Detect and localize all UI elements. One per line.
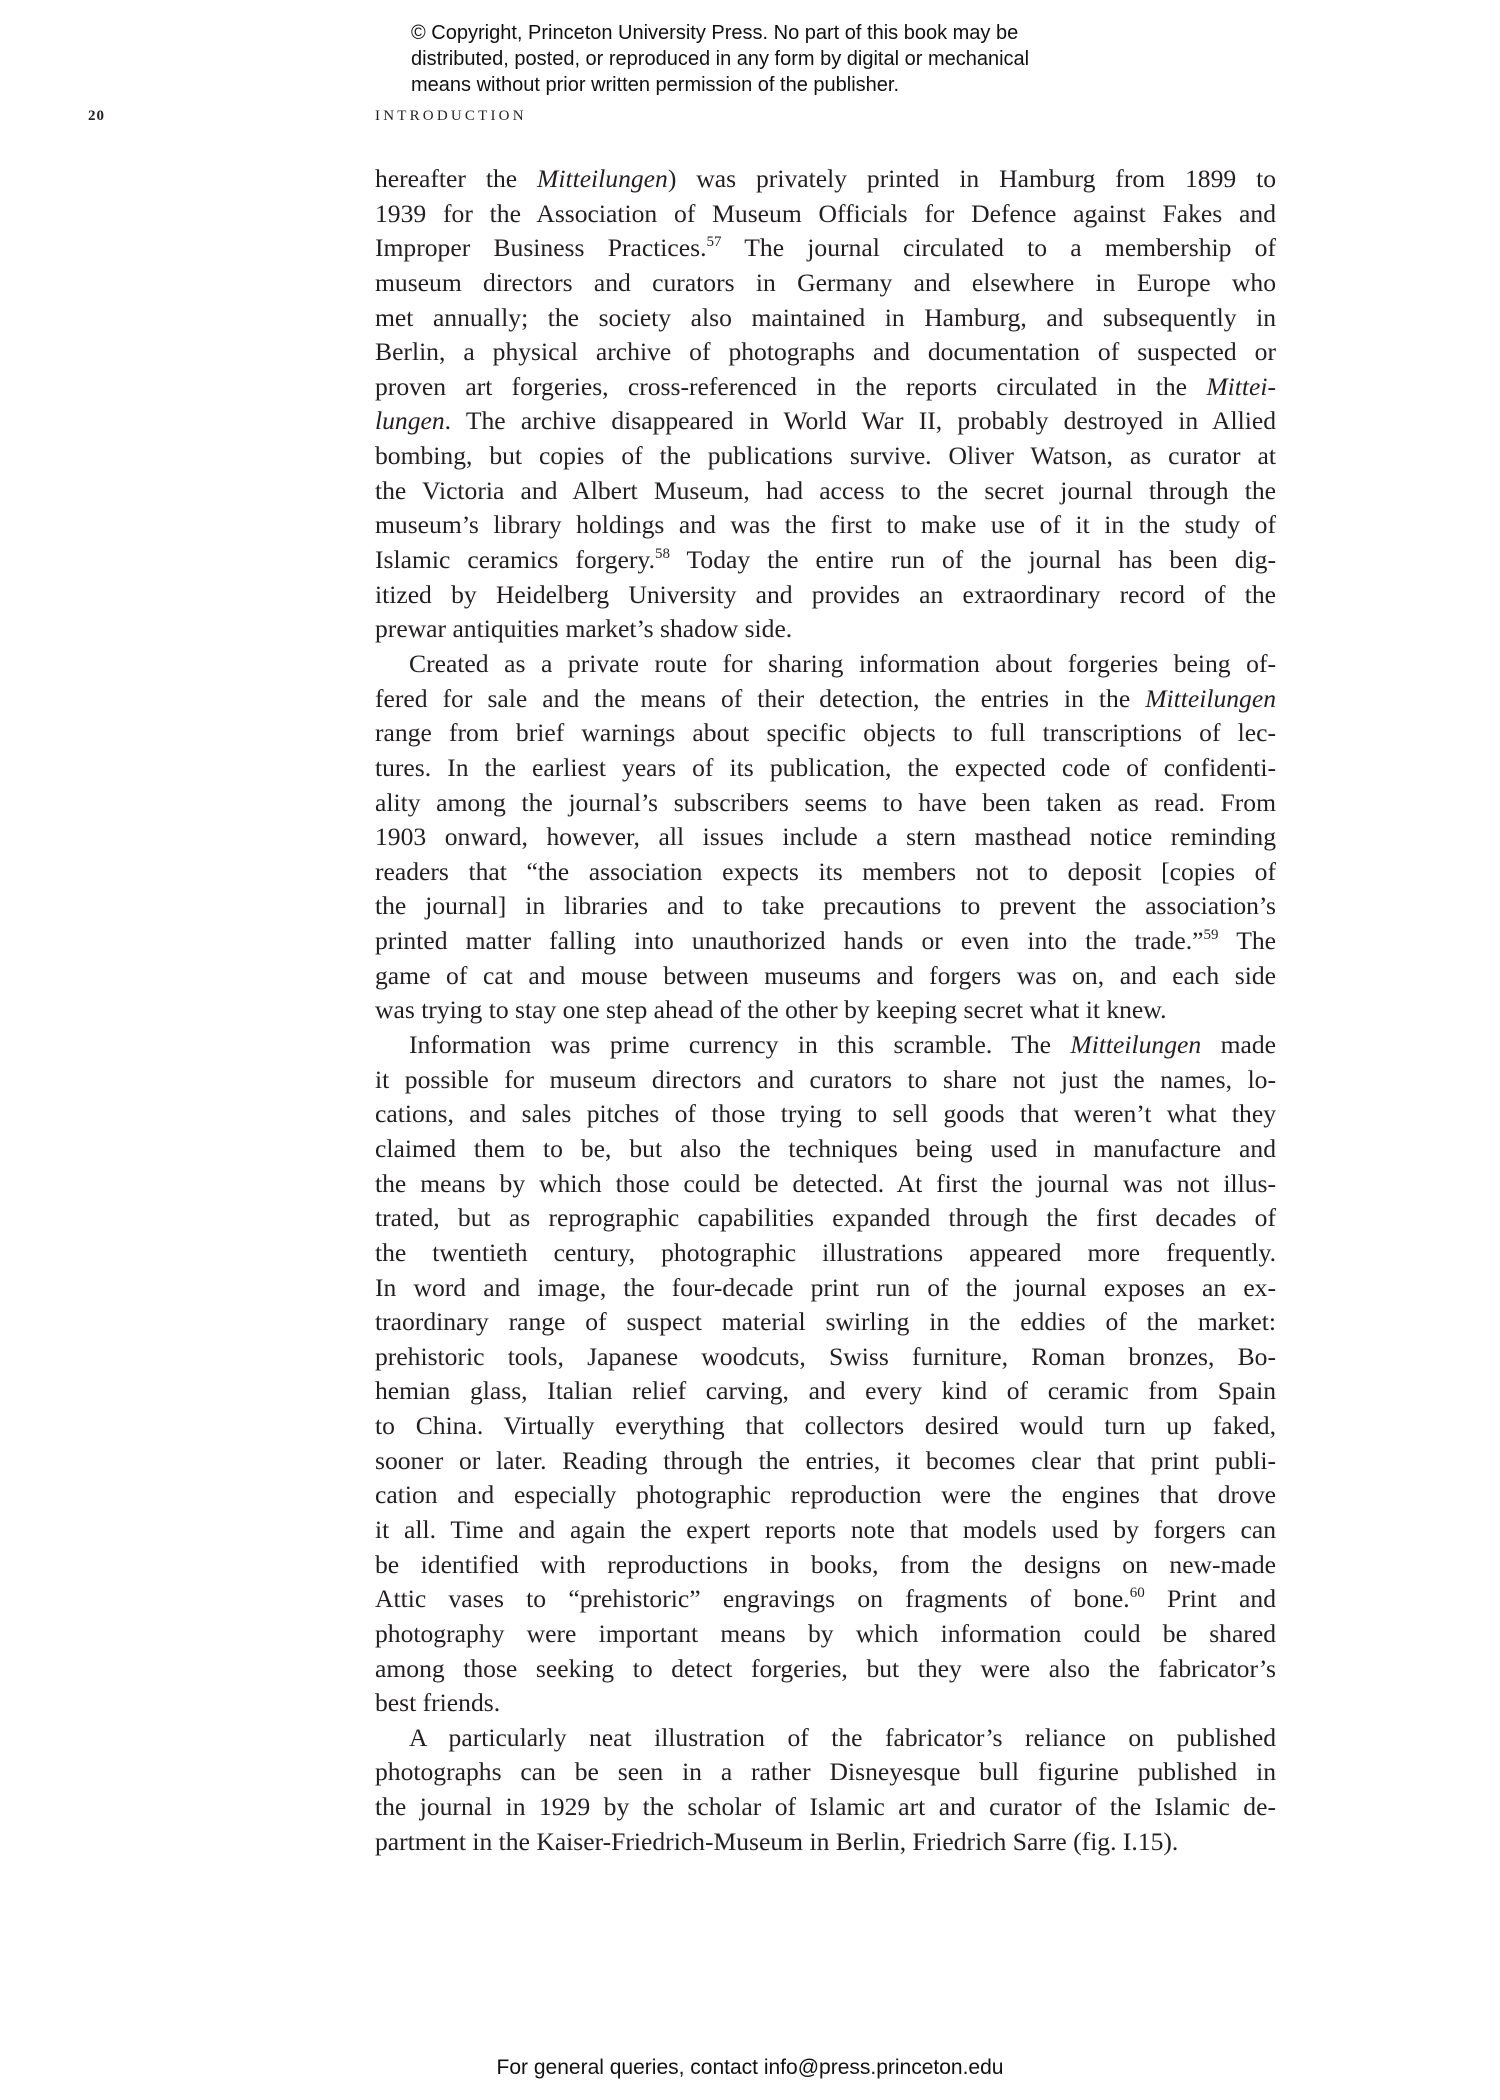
text-run: the journal] in libraries and to take pr… — [375, 891, 1276, 920]
text-run: Attic vases to “prehistoric” engravings … — [375, 1584, 1130, 1613]
text-run: the twentieth century, photographic illu… — [375, 1238, 1276, 1267]
text-run: the means by which those could be detect… — [375, 1169, 1276, 1198]
text-line: 1903 onward, however, all issues include… — [375, 820, 1276, 855]
text-line: readers that “the association expects it… — [375, 855, 1276, 890]
text-line: be identified with reproductions in book… — [375, 1548, 1276, 1583]
italic-title: lungen — [375, 406, 445, 435]
text-line: museum directors and curators in Germany… — [375, 266, 1276, 301]
text-run: Islamic ceramics forgery. — [375, 545, 655, 574]
text-line: itized by Heidelberg University and prov… — [375, 578, 1276, 613]
running-head: INTRODUCTION — [375, 108, 527, 125]
text-run: The journal circulated to a membership o… — [722, 233, 1277, 262]
text-run: cations, and sales pitches of those tryi… — [375, 1099, 1276, 1128]
text-run: photography were important means by whic… — [375, 1619, 1276, 1648]
text-line: cation and especially photographic repro… — [375, 1478, 1276, 1513]
paragraph: Created as a private route for sharing i… — [375, 647, 1276, 1028]
copyright-notice: © Copyright, Princeton University Press.… — [411, 20, 1131, 98]
text-line: prehistoric tools, Japanese woodcuts, Sw… — [375, 1340, 1276, 1375]
text-run: among those seeking to detect forgeries,… — [375, 1654, 1276, 1683]
text-line: cations, and sales pitches of those tryi… — [375, 1097, 1276, 1132]
text-run: museum’s library holdings and was the fi… — [375, 510, 1276, 539]
text-line: printed matter falling into unauthorized… — [375, 924, 1276, 959]
text-line: the twentieth century, photographic illu… — [375, 1236, 1276, 1271]
text-line: museum’s library holdings and was the fi… — [375, 508, 1276, 543]
text-run: photographs can be seen in a rather Disn… — [375, 1757, 1276, 1786]
text-line: fered for sale and the means of their de… — [375, 682, 1276, 717]
text-run: tures. In the earliest years of its publ… — [375, 753, 1276, 782]
text-line: hereafter the Mitteilungen) was privatel… — [375, 162, 1276, 197]
text-run: the journal in 1929 by the scholar of Is… — [375, 1792, 1276, 1821]
text-run: itized by Heidelberg University and prov… — [375, 580, 1276, 609]
text-line: proven art forgeries, cross-referenced i… — [375, 370, 1276, 405]
text-line: lungen. The archive disappeared in World… — [375, 404, 1276, 439]
text-line: it all. Time and again the expert report… — [375, 1513, 1276, 1548]
text-run: prewar antiquities market’s shadow side. — [375, 614, 792, 643]
text-line: sooner or later. Reading through the ent… — [375, 1444, 1276, 1479]
paragraph: A particularly neat illustration of the … — [375, 1721, 1276, 1860]
text-line: tures. In the earliest years of its publ… — [375, 751, 1276, 786]
italic-title: Mitteilungen — [1070, 1030, 1201, 1059]
text-line: photography were important means by whic… — [375, 1617, 1276, 1652]
text-line: Information was prime currency in this s… — [375, 1028, 1276, 1063]
italic-title: Mittei- — [1206, 372, 1276, 401]
text-line: Attic vases to “prehistoric” engravings … — [375, 1582, 1276, 1617]
text-run: printed matter falling into unauthorized… — [375, 926, 1204, 955]
text-line: claimed them to be, but also the techniq… — [375, 1132, 1276, 1167]
text-line: game of cat and mouse between museums an… — [375, 959, 1276, 994]
footer-contact: For general queries, contact info@press.… — [0, 2056, 1500, 2080]
text-run: Created as a private route for sharing i… — [409, 649, 1276, 678]
text-line: trated, but as reprographic capabilities… — [375, 1201, 1276, 1236]
text-run: Print and — [1145, 1584, 1276, 1613]
paragraph: Information was prime currency in this s… — [375, 1028, 1276, 1721]
text-run: A particularly neat illustration of the … — [409, 1723, 1276, 1752]
text-line: met annually; the society also maintaine… — [375, 301, 1276, 336]
text-run: best friends. — [375, 1688, 500, 1717]
italic-title: Mitteilungen — [537, 164, 668, 193]
text-line: ality among the journal’s subscribers se… — [375, 786, 1276, 821]
copyright-line: © Copyright, Princeton University Press.… — [411, 20, 1131, 46]
text-line: bombing, but copies of the publications … — [375, 439, 1276, 474]
text-line: prewar antiquities market’s shadow side. — [375, 612, 1276, 647]
text-run: prehistoric tools, Japanese woodcuts, Sw… — [375, 1342, 1276, 1371]
footnote-reference: 59 — [1204, 927, 1219, 943]
copyright-line: means without prior written permission o… — [411, 72, 1131, 98]
text-line: photographs can be seen in a rather Disn… — [375, 1755, 1276, 1790]
paragraph: hereafter the Mitteilungen) was privatel… — [375, 162, 1276, 647]
text-run: the Victoria and Albert Museum, had acce… — [375, 476, 1276, 505]
text-run: it possible for museum directors and cur… — [375, 1065, 1276, 1094]
text-line: to China. Virtually everything that coll… — [375, 1409, 1276, 1444]
text-run: to China. Virtually everything that coll… — [375, 1411, 1276, 1440]
text-run: hemian glass, Italian relief carving, an… — [375, 1376, 1276, 1405]
text-run: fered for sale and the means of their de… — [375, 684, 1145, 713]
text-line: Created as a private route for sharing i… — [375, 647, 1276, 682]
text-line: it possible for museum directors and cur… — [375, 1063, 1276, 1098]
text-line: Berlin, a physical archive of photograph… — [375, 335, 1276, 370]
text-line: range from brief warnings about specific… — [375, 716, 1276, 751]
text-run: it all. Time and again the expert report… — [375, 1515, 1276, 1544]
text-line: the journal in 1929 by the scholar of Is… — [375, 1790, 1276, 1825]
text-run: . The archive disappeared in World War I… — [445, 406, 1276, 435]
text-line: 1939 for the Association of Museum Offic… — [375, 197, 1276, 232]
text-run: sooner or later. Reading through the ent… — [375, 1446, 1276, 1475]
text-run: museum directors and curators in Germany… — [375, 268, 1276, 297]
text-run: made — [1201, 1030, 1276, 1059]
italic-title: Mitteilungen — [1145, 684, 1276, 713]
text-line: the Victoria and Albert Museum, had acce… — [375, 474, 1276, 509]
text-run: The — [1219, 926, 1276, 955]
text-run: traordinary range of suspect material sw… — [375, 1307, 1276, 1336]
text-run: trated, but as reprographic capabilities… — [375, 1203, 1276, 1232]
text-run: 1939 for the Association of Museum Offic… — [375, 199, 1276, 228]
text-line: was trying to stay one step ahead of the… — [375, 993, 1276, 1028]
text-run: cation and especially photographic repro… — [375, 1480, 1276, 1509]
text-run: claimed them to be, but also the techniq… — [375, 1134, 1276, 1163]
text-run: proven art forgeries, cross-referenced i… — [375, 372, 1206, 401]
text-run: bombing, but copies of the publications … — [375, 441, 1276, 470]
footnote-reference: 60 — [1130, 1585, 1145, 1601]
footnote-reference: 58 — [655, 546, 670, 562]
text-line: best friends. — [375, 1686, 1276, 1721]
text-run: Berlin, a physical archive of photograph… — [375, 337, 1276, 366]
text-line: the journal] in libraries and to take pr… — [375, 889, 1276, 924]
text-line: traordinary range of suspect material sw… — [375, 1305, 1276, 1340]
text-run: game of cat and mouse between museums an… — [375, 961, 1276, 990]
text-line: hemian glass, Italian relief carving, an… — [375, 1374, 1276, 1409]
text-run: In word and image, the four-decade print… — [375, 1273, 1276, 1302]
text-run: readers that “the association expects it… — [375, 857, 1276, 886]
text-run: ality among the journal’s subscribers se… — [375, 788, 1276, 817]
text-run: 1903 onward, however, all issues include… — [375, 822, 1276, 851]
page-number: 20 — [88, 108, 105, 125]
text-run: Information was prime currency in this s… — [409, 1030, 1070, 1059]
text-run: ) was privately printed in Hamburg from … — [668, 164, 1276, 193]
text-run: Improper Business Practices. — [375, 233, 707, 262]
text-line: among those seeking to detect forgeries,… — [375, 1652, 1276, 1687]
text-line: Islamic ceramics forgery.58 Today the en… — [375, 543, 1276, 578]
footnote-reference: 57 — [707, 234, 722, 250]
text-line: In word and image, the four-decade print… — [375, 1271, 1276, 1306]
copyright-line: distributed, posted, or reproduced in an… — [411, 46, 1131, 72]
text-run: be identified with reproductions in book… — [375, 1550, 1276, 1579]
text-run: was trying to stay one step ahead of the… — [375, 995, 1167, 1024]
body-text: hereafter the Mitteilungen) was privatel… — [375, 162, 1276, 1859]
text-run: partment in the Kaiser-Friedrich-Museum … — [375, 1827, 1178, 1856]
text-line: A particularly neat illustration of the … — [375, 1721, 1276, 1756]
text-run: Today the entire run of the journal has … — [670, 545, 1276, 574]
text-line: the means by which those could be detect… — [375, 1167, 1276, 1202]
text-line: Improper Business Practices.57 The journ… — [375, 231, 1276, 266]
text-run: hereafter the — [375, 164, 537, 193]
text-run: met annually; the society also maintaine… — [375, 303, 1276, 332]
text-line: partment in the Kaiser-Friedrich-Museum … — [375, 1825, 1276, 1860]
text-run: range from brief warnings about specific… — [375, 718, 1276, 747]
